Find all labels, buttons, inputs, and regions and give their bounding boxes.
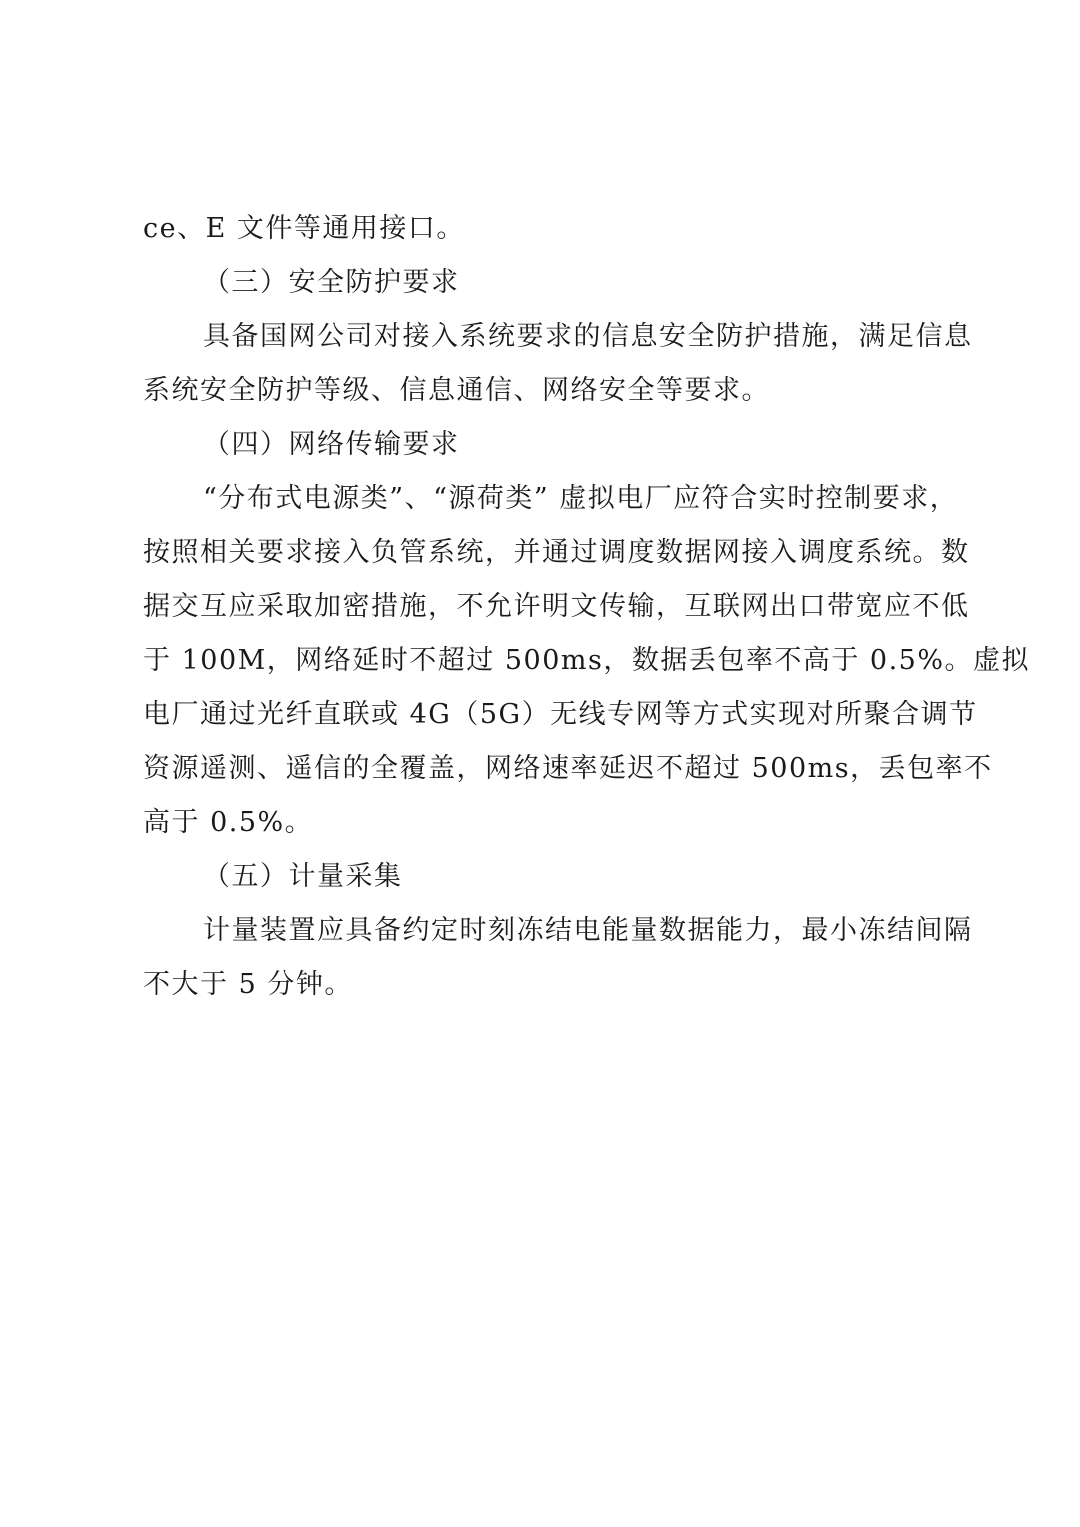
text-line: “分布式电源类”、“源荷类” 虚拟电厂应符合实时控制要求，: [143, 472, 947, 526]
text-line: 据交互应采取加密措施，不允许明文传输，互联网出口带宽应不低: [143, 580, 947, 634]
text-line: 不大于 5 分钟。: [143, 958, 947, 1012]
text-line: 资源遥测、遥信的全覆盖，网络速率延迟不超过 500ms，丢包率不: [143, 742, 947, 796]
section-paragraph-metering: 计量装置应具备约定时刻冻结电能量数据能力，最小冻结间隔 不大于 5 分钟。: [143, 904, 947, 1012]
section-paragraph-security: 具备国网公司对接入系统要求的信息安全防护措施，满足信息 系统安全防护等级、信息通…: [143, 310, 947, 418]
text-line: 电厂通过光纤直联或 4G（5G）无线专网等方式实现对所聚合调节: [143, 688, 947, 742]
text-line: 按照相关要求接入负管系统，并通过调度数据网接入调度系统。数: [143, 526, 947, 580]
continuation-paragraph: ce、E 文件等通用接口。: [143, 202, 947, 256]
text-line: ce、E 文件等通用接口。: [143, 202, 947, 256]
section-paragraph-network: “分布式电源类”、“源荷类” 虚拟电厂应符合实时控制要求， 按照相关要求接入负管…: [143, 472, 947, 850]
text-line: 计量装置应具备约定时刻冻结电能量数据能力，最小冻结间隔: [143, 904, 947, 958]
section-heading-network: （四）网络传输要求: [143, 418, 947, 472]
text-line: 高于 0.5%。: [143, 796, 947, 850]
text-line: 具备国网公司对接入系统要求的信息安全防护措施，满足信息: [143, 310, 947, 364]
section-heading-metering: （五）计量采集: [143, 850, 947, 904]
text-line: 系统安全防护等级、信息通信、网络安全等要求。: [143, 364, 947, 418]
text-line: 于 100M，网络延时不超过 500ms，数据丢包率不高于 0.5%。虚拟: [143, 634, 947, 688]
section-heading-security: （三）安全防护要求: [143, 256, 947, 310]
document-page: ce、E 文件等通用接口。 （三）安全防护要求 具备国网公司对接入系统要求的信息…: [143, 202, 947, 1012]
